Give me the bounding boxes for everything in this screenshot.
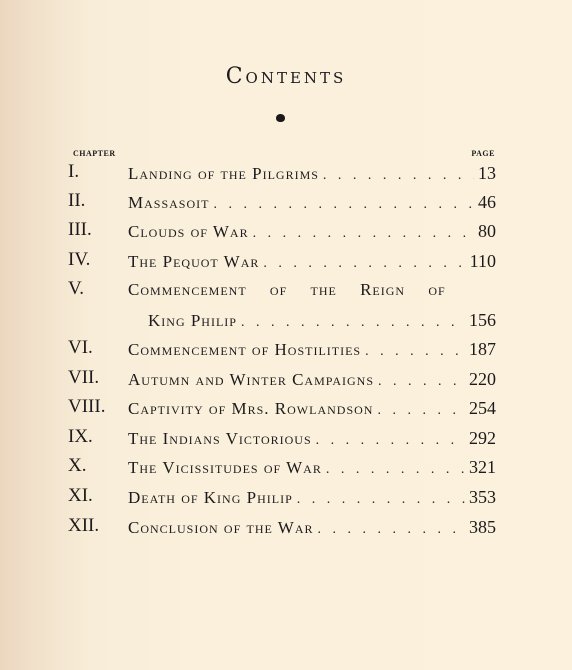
chapter-title: Death of King Philip <box>128 488 293 508</box>
leader-dots <box>253 226 474 242</box>
chapter-title: Conclusion of the War <box>128 518 314 538</box>
chapter-title: The Pequot War <box>128 252 259 272</box>
toc-entry[interactable]: VII. Autumn and Winter Campaigns220 <box>68 367 496 393</box>
chapter-numeral: VII. <box>68 367 99 389</box>
page-number: 187 <box>469 339 496 360</box>
leader-dots <box>378 374 465 390</box>
ornament-icon <box>276 114 285 122</box>
toc-entry[interactable]: VIII. Captivity of Mrs. Rowlandson254 <box>68 396 496 422</box>
page-column-header: PAGE <box>471 149 495 158</box>
toc-entry[interactable]: I. Landing of the Pilgrims13 <box>68 161 496 187</box>
chapter-title: Commencement of the Reign of <box>128 280 446 300</box>
page-number: 321 <box>469 457 496 478</box>
toc-entry[interactable]: VI. Commencement of Hostilities187 <box>68 337 496 363</box>
chapter-title: Massasoit <box>128 193 209 213</box>
chapter-numeral: XI. <box>68 485 93 507</box>
chapter-title: Captivity of Mrs. Rowlandson <box>128 399 373 419</box>
toc-entry[interactable]: XI. Death of King Philip353 <box>68 485 496 511</box>
leader-dots <box>323 168 474 184</box>
toc-entry[interactable]: X. The Vicissitudes of War321 <box>68 455 496 481</box>
toc-entry[interactable]: XII. Conclusion of the War385 <box>68 515 496 541</box>
chapter-title-continued: King Philip <box>148 311 237 331</box>
chapter-numeral: III. <box>68 219 92 241</box>
page-number: 156 <box>469 310 496 331</box>
leader-dots <box>241 315 465 331</box>
toc-entry[interactable]: V. Commencement of the Reign of <box>68 278 496 304</box>
page-number: 220 <box>469 369 496 390</box>
chapter-numeral: IX. <box>68 426 93 448</box>
toc-entry[interactable]: IX. The Indians Victorious292 <box>68 426 496 452</box>
chapter-numeral: II. <box>68 190 85 212</box>
chapter-title: Commencement of Hostilities <box>128 340 361 360</box>
leader-dots <box>213 197 474 213</box>
chapter-numeral: V. <box>68 278 84 300</box>
leader-dots <box>365 344 465 360</box>
page-title: Contents <box>0 64 572 89</box>
chapter-title: Clouds of War <box>128 222 249 242</box>
chapter-column-header: CHAPTER <box>73 149 116 158</box>
leader-dots <box>263 256 465 272</box>
toc-entry[interactable]: IV. The Pequot War110 <box>68 249 496 275</box>
toc-entry[interactable]: II. Massasoit46 <box>68 190 496 216</box>
toc-entry[interactable]: III. Clouds of War80 <box>68 219 496 245</box>
page-number: 46 <box>478 192 496 213</box>
page-number: 385 <box>469 517 496 538</box>
leader-dots <box>326 462 465 478</box>
chapter-numeral: XII. <box>68 515 99 537</box>
page-number: 110 <box>470 251 496 272</box>
leader-dots <box>316 433 465 449</box>
chapter-title: Autumn and Winter Campaigns <box>128 370 374 390</box>
chapter-title: The Indians Victorious <box>128 429 312 449</box>
leader-dots <box>377 403 465 419</box>
chapter-title: The Vicissitudes of War <box>128 458 322 478</box>
leader-dots <box>297 492 465 508</box>
page-number: 80 <box>478 221 496 242</box>
chapter-numeral: VIII. <box>68 396 105 418</box>
page-number: 13 <box>478 163 496 184</box>
page-number: 353 <box>469 487 496 508</box>
chapter-title: Landing of the Pilgrims <box>128 164 319 184</box>
contents-page: Contents CHAPTER PAGE I. Landing of the … <box>0 0 572 670</box>
page-number: 292 <box>469 428 496 449</box>
chapter-numeral: IV. <box>68 249 90 271</box>
chapter-numeral: VI. <box>68 337 93 359</box>
chapter-numeral: I. <box>68 161 79 183</box>
chapter-numeral: X. <box>68 455 86 477</box>
page-number: 254 <box>469 398 496 419</box>
toc-entry-continuation[interactable]: King Philip156 <box>68 308 496 334</box>
leader-dots <box>318 522 466 538</box>
